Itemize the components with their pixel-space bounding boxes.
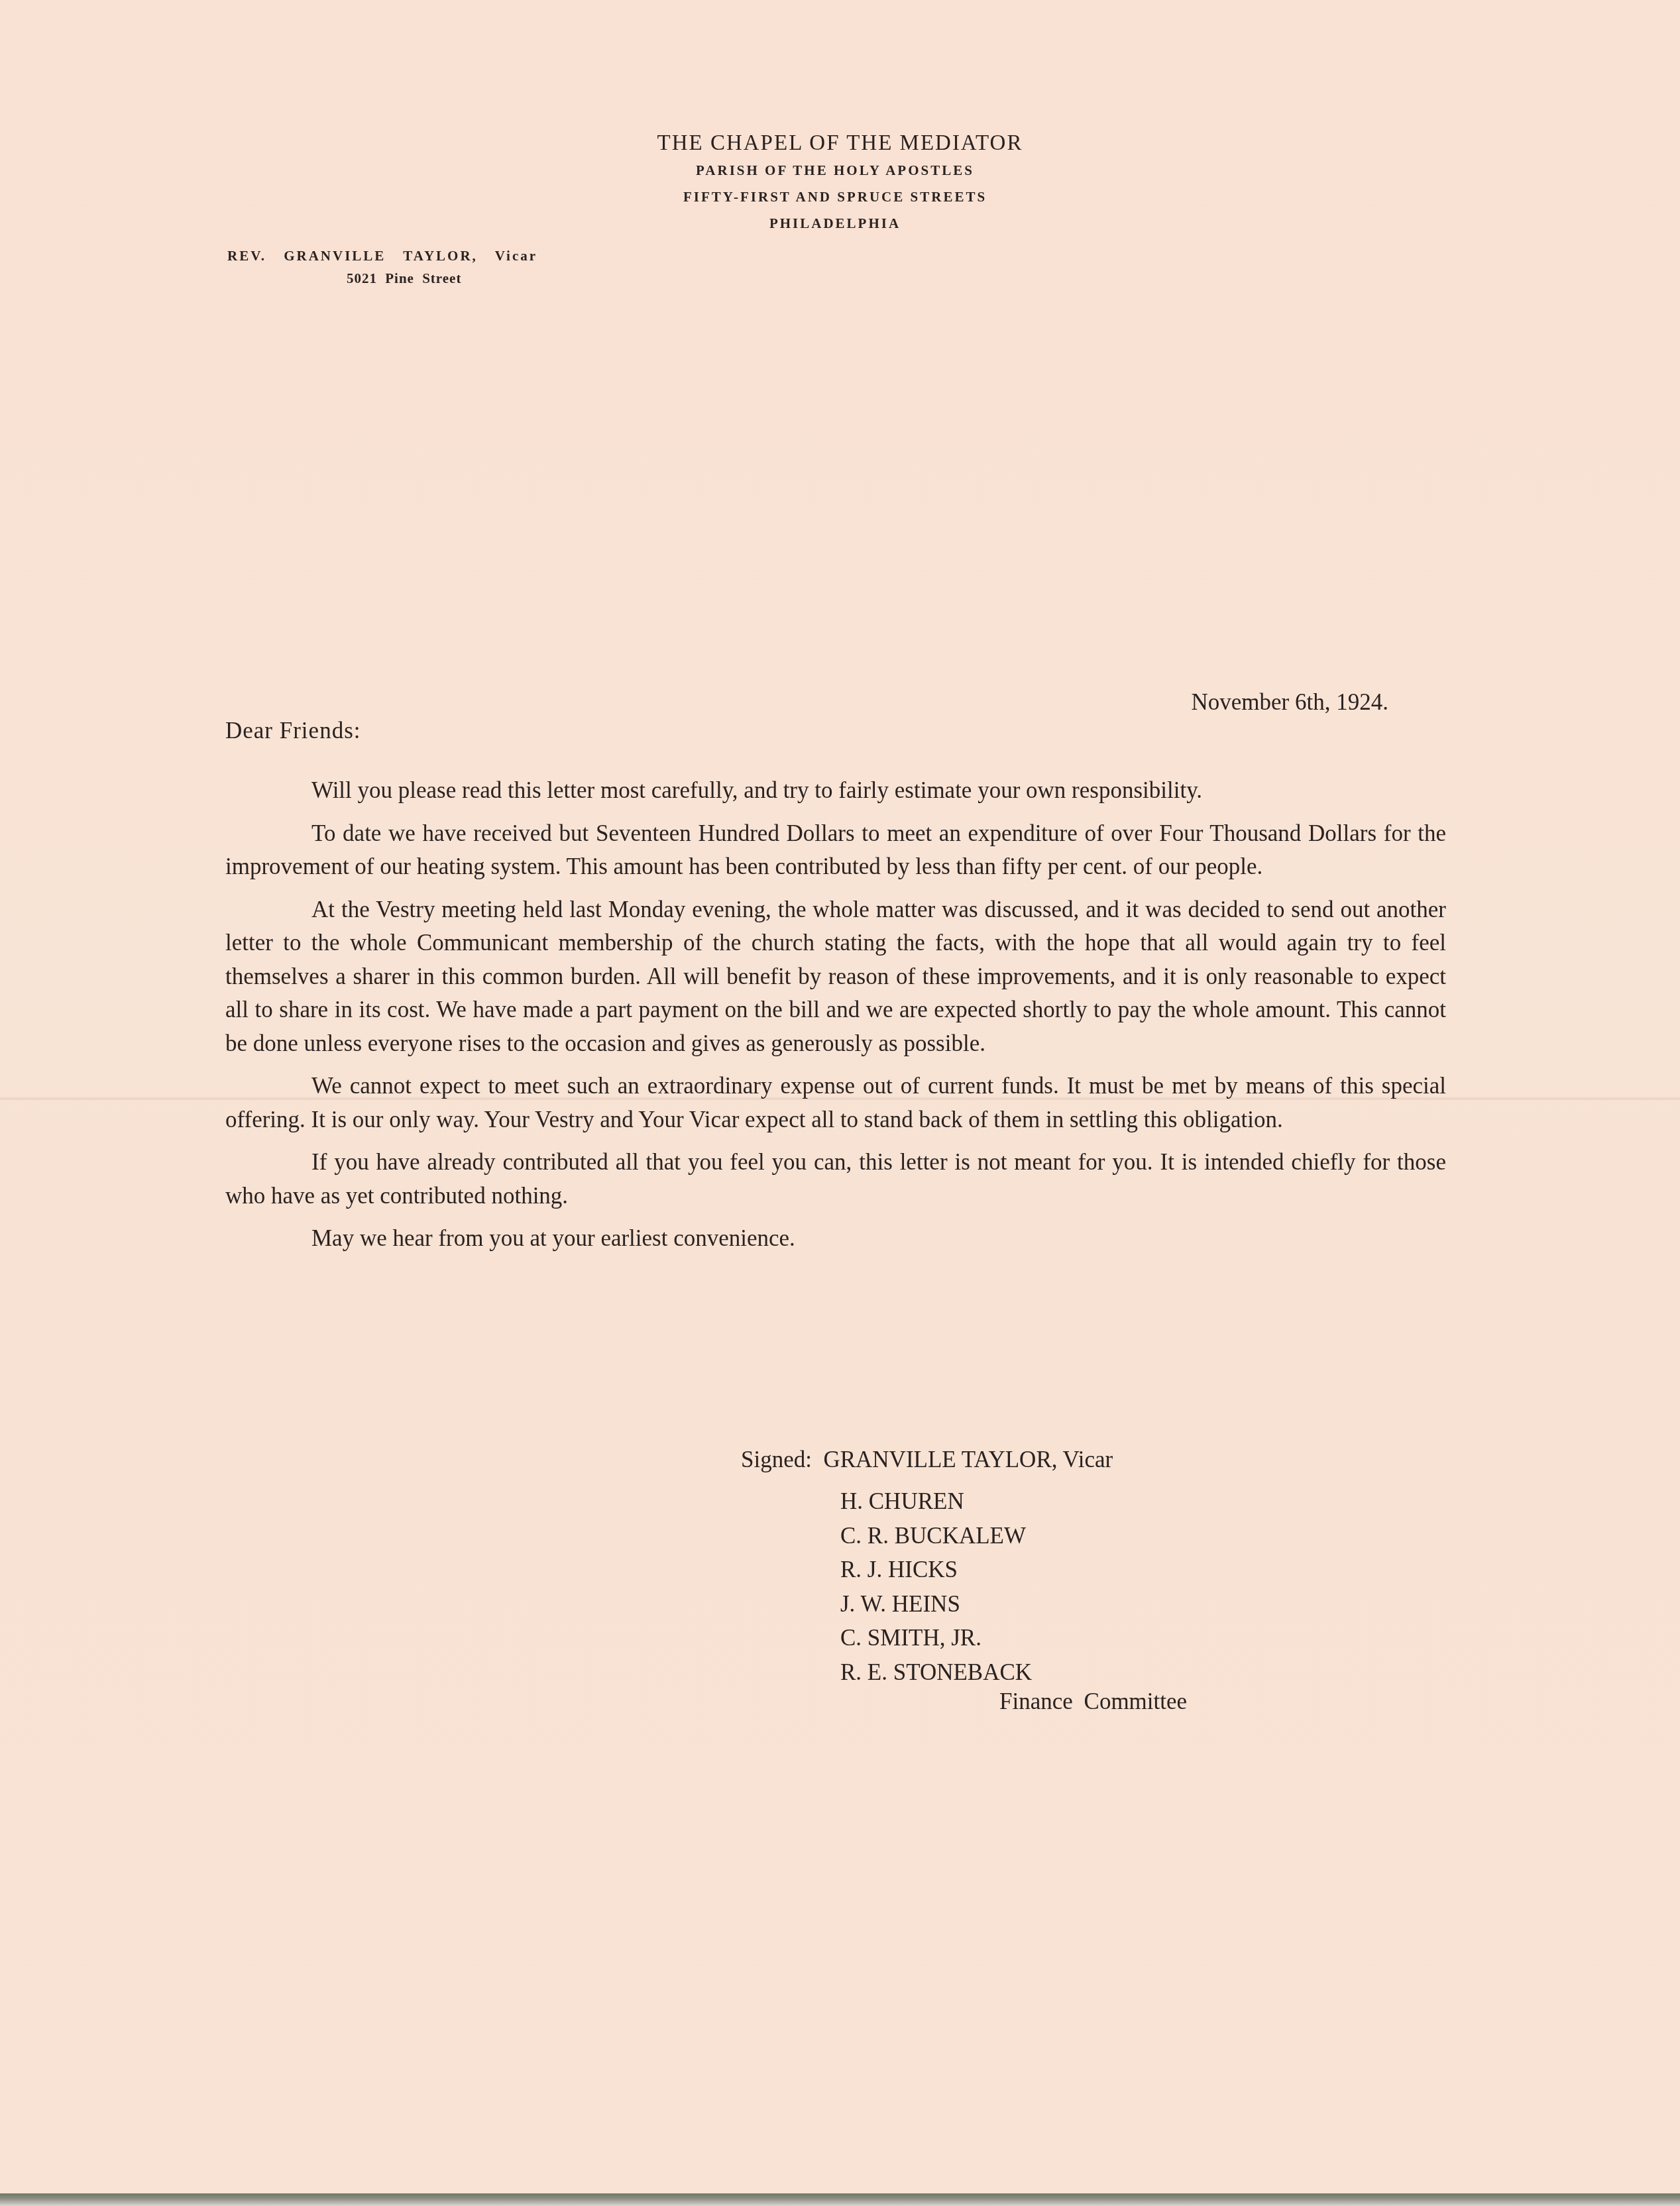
signatory-list: H. CHUREN C. R. BUCKALEW R. J. HICKS J. … — [840, 1484, 1032, 1689]
signed-line: Signed: GRANVILLE TAYLOR, Vicar — [741, 1447, 1113, 1473]
letterhead-title: THE CHAPEL OF THE MEDIATOR — [0, 131, 1680, 156]
letter-date: November 6th, 1924. — [1192, 689, 1388, 716]
letterhead-parish: PARISH OF THE HOLY APOSTLES — [606, 162, 1064, 189]
salutation: Dear Friends: — [225, 718, 361, 744]
signatory-name: C. SMITH, JR. — [840, 1621, 1032, 1655]
letterhead-street: FIFTY-FIRST AND SPRUCE STREETS — [606, 189, 1064, 215]
signatory-name: H. CHUREN — [840, 1484, 1032, 1519]
body-paragraph: If you have already contributed all that… — [225, 1146, 1446, 1213]
signatory-name: J. W. HEINS — [840, 1587, 1032, 1622]
body-paragraph: Will you please read this letter most ca… — [225, 774, 1446, 808]
committee-label: Finance Committee — [999, 1688, 1187, 1715]
body-paragraph: To date we have received but Seventeen H… — [225, 817, 1446, 884]
signatory-name: R. J. HICKS — [840, 1553, 1032, 1587]
body-paragraph: May we hear from you at your earliest co… — [225, 1222, 1446, 1256]
letterhead-vicar: REV. GRANVILLE TAYLOR, Vicar — [227, 248, 537, 264]
letterhead-lines: PARISH OF THE HOLY APOSTLES FIFTY-FIRST … — [606, 162, 1064, 242]
letterhead-city: PHILADELPHIA — [606, 215, 1064, 242]
signatory-name: R. E. STONEBACK — [840, 1655, 1032, 1690]
signatory-name: C. R. BUCKALEW — [840, 1519, 1032, 1553]
body-paragraph: We cannot expect to meet such an extraor… — [225, 1070, 1446, 1136]
letter-body: Will you please read this letter most ca… — [225, 774, 1446, 1265]
body-paragraph: At the Vestry meeting held last Monday e… — [225, 893, 1446, 1061]
paper-bottom-edge — [0, 2193, 1680, 2206]
letterhead-vicar-address: 5021 Pine Street — [347, 270, 461, 287]
